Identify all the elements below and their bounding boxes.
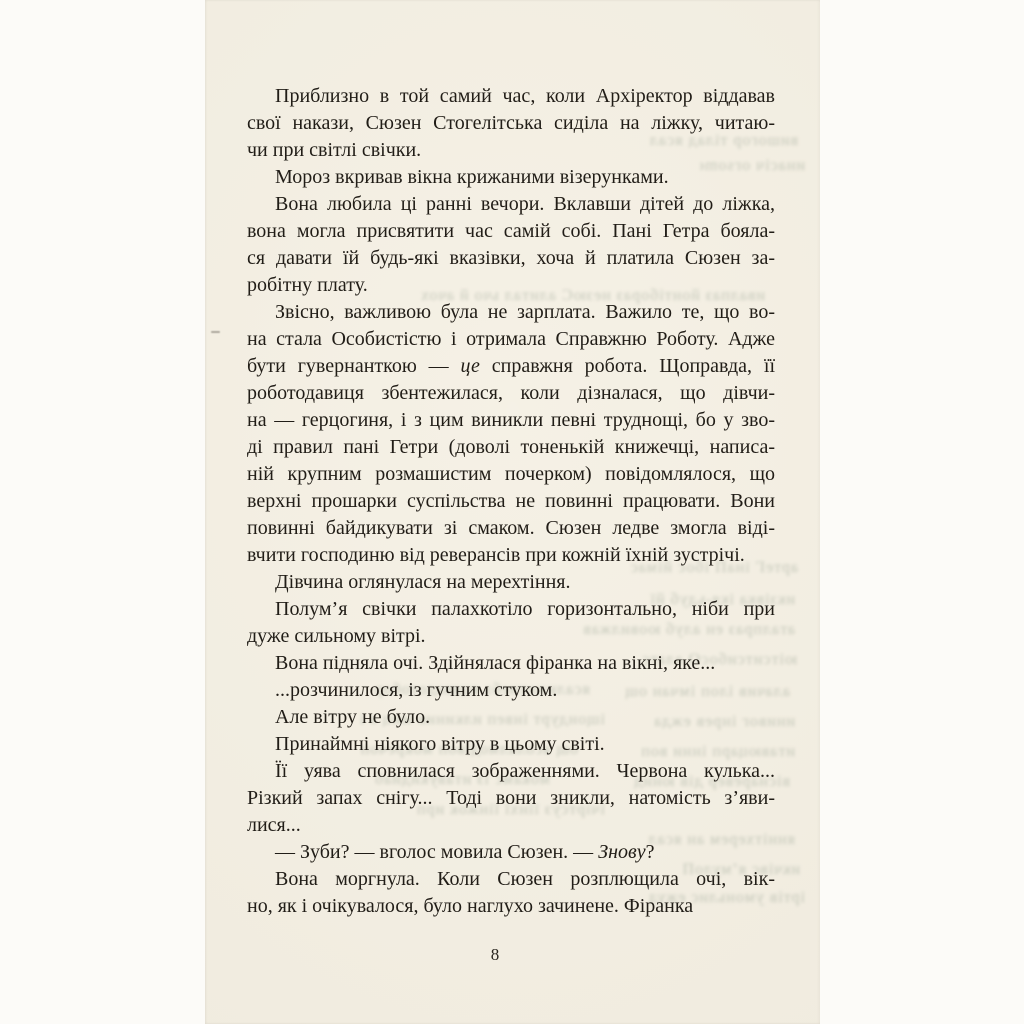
- text-line: на — герцогиня, і з цим виникли певні тр…: [247, 407, 775, 434]
- text-line: Але вітру не було.: [247, 704, 775, 731]
- text-line: Мороз вкривав вікна крижаними візерункам…: [247, 164, 775, 191]
- text-line: ся давати їй будь-які вказівки, хоча й п…: [247, 245, 775, 272]
- paragraph: Приблизно в той самий час, коли Архірект…: [247, 83, 775, 164]
- text-line: лися...: [247, 812, 775, 839]
- paragraph: — Зуби? — вголос мовила Сюзен. — Знову?: [247, 839, 775, 866]
- text-line: робітну плату.: [247, 272, 775, 299]
- text-line: Дівчина оглянулася на мерехтіння.: [247, 569, 775, 596]
- text-line: — Зуби? — вголос мовила Сюзен. — Знову?: [247, 839, 775, 866]
- text-line: верхні прошарки суспільства не повинні п…: [247, 488, 775, 515]
- paragraph: Мороз вкривав вікна крижаними візерункам…: [247, 164, 775, 191]
- book-page: вишогор тілад ясалинасіч огsomethingивал…: [205, 0, 820, 1024]
- paragraph: Дівчина оглянулася на мерехтіння.: [247, 569, 775, 596]
- text-line: Вона підняла очі. Здійнялася фіранка на …: [247, 650, 775, 677]
- paragraph: Звісно, важливою була не зарплата. Важил…: [247, 299, 775, 569]
- page-number: 8: [231, 945, 759, 965]
- text-line: дуже сильному вітрі.: [247, 623, 775, 650]
- scanned-page-background: вишогор тілад ясалинасіч огsomethingивал…: [0, 0, 1024, 1024]
- pencil-mark: [211, 331, 220, 333]
- paragraph: Вона підняла очі. Здійнялася фіранка на …: [247, 650, 775, 677]
- paragraph: Вона моргнула. Коли Сюзен розплющила очі…: [247, 866, 775, 920]
- text-line: Приблизно в той самий час, коли Архірект…: [247, 83, 775, 110]
- text-line: Полум’я свічки палахкотіло горизонтально…: [247, 596, 775, 623]
- text-line: Вона любила ці ранні вечори. Вклавши діт…: [247, 191, 775, 218]
- paragraph: Її уява сповнилася зображеннями. Червона…: [247, 758, 775, 839]
- text-line: Різкий запах снігу... Тоді вони зникли, …: [247, 785, 775, 812]
- paragraph: ...розчинилося, із гучним стуком.: [247, 677, 775, 704]
- text-line: бути гувернанткою — це справжня робота. …: [247, 353, 775, 380]
- text-line: ...розчинилося, із гучним стуком.: [247, 677, 775, 704]
- text-line: ній крупним розмашистим почерком) повідо…: [247, 461, 775, 488]
- page-text: Приблизно в той самий час, коли Архірект…: [247, 83, 775, 920]
- text-line: повинні байдикувати зі смаком. Сюзен лед…: [247, 515, 775, 542]
- paragraph: Вона любила ці ранні вечори. Вклавши діт…: [247, 191, 775, 299]
- text-line: Звісно, важливою була не зарплата. Важил…: [247, 299, 775, 326]
- text-line: но, як і очікувалося, було наглухо зачин…: [247, 893, 775, 920]
- text-line: вчити господиню від реверансів при кожні…: [247, 542, 775, 569]
- text-line: Принаймні ніякого вітру в цьому світі.: [247, 731, 775, 758]
- text-line: Вона моргнула. Коли Сюзен розплющила очі…: [247, 866, 775, 893]
- text-line: свої накази, Сюзен Стогелітська сиділа н…: [247, 110, 775, 137]
- text-line: чи при світлі свічки.: [247, 137, 775, 164]
- paragraph: Полум’я свічки палахкотіло горизонтально…: [247, 596, 775, 650]
- text-line: на стала Особистістю і отримала Справжню…: [247, 326, 775, 353]
- text-line: вона могла присвятити час самій собі. Па…: [247, 218, 775, 245]
- text-line: Її уява сповнилася зображеннями. Червона…: [247, 758, 775, 785]
- paragraph: Але вітру не було.: [247, 704, 775, 731]
- text-line: ді правил пані Гетри (доволі тоненькій к…: [247, 434, 775, 461]
- text-line: роботодавиця збентежилася, коли дізналас…: [247, 380, 775, 407]
- paragraph: Принаймні ніякого вітру в цьому світі.: [247, 731, 775, 758]
